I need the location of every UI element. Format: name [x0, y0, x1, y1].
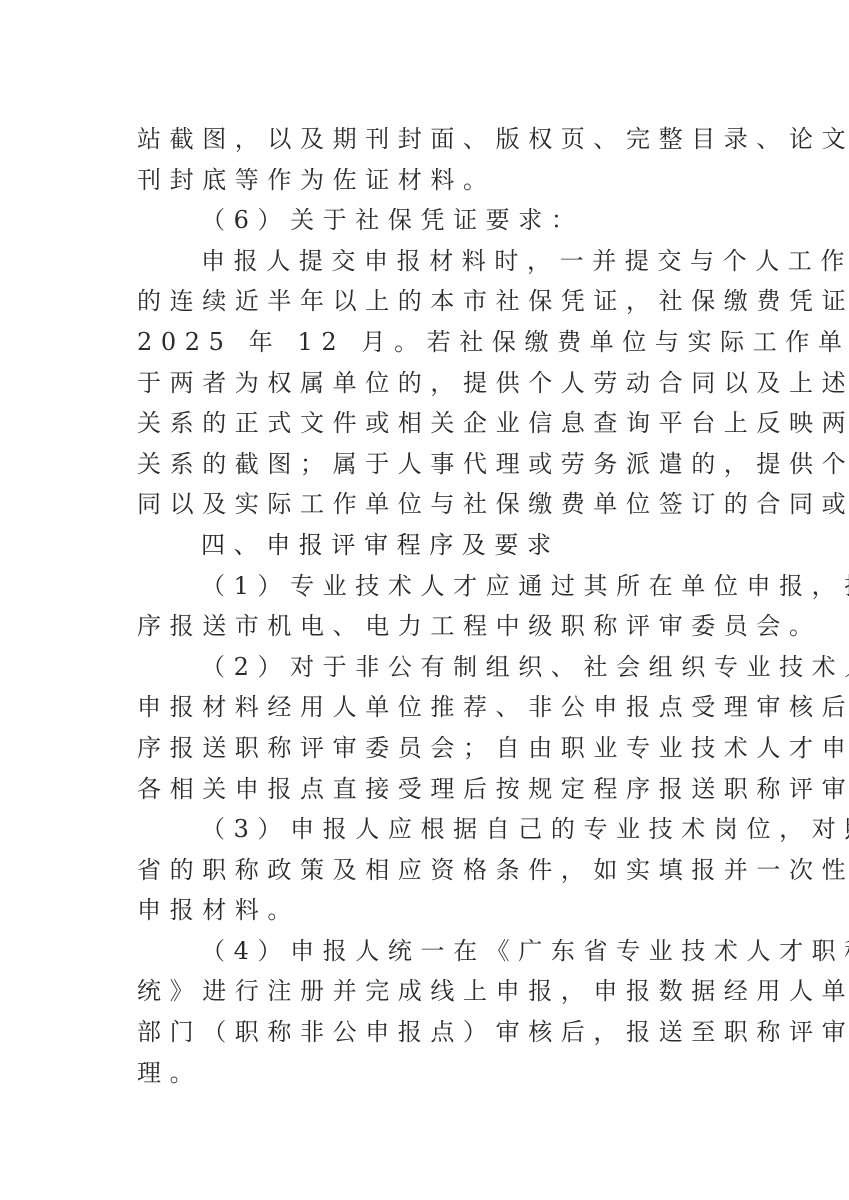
paragraph-line: 的连续近半年以上的本市社保凭证，社保缴费凭证时间截至 — [137, 281, 729, 322]
paragraph-line: 序报送市机电、电力工程中级职称评审委员会。 — [137, 606, 729, 647]
paragraph-line: （4）申报人统一在《广东省专业技术人才职称管理系 — [137, 931, 729, 972]
paragraph-line: 申报人提交申报材料时，一并提交与个人工作经历相同 — [137, 241, 729, 282]
paragraph-line: 统》进行注册并完成线上申报，申报数据经用人单位、主管 — [137, 971, 729, 1012]
paragraph-line: 关系的正式文件或相关企业信息查询平台上反映两者关联 — [137, 403, 729, 444]
paragraph-line: 理。 — [137, 1053, 729, 1094]
paragraph-line: 2025 年 12 月。若社保缴费单位与实际工作单位不一致，属 — [137, 322, 729, 363]
paragraph-line: （1）专业技术人才应通过其所在单位申报，按规定程 — [137, 566, 729, 607]
paragraph-line: 同以及实际工作单位与社保缴费单位签订的合同或协议。 — [137, 484, 729, 525]
document-body: 站截图，以及期刊封面、版权页、完整目录、论文正文和期 刊封底等作为佐证材料。 （… — [137, 119, 729, 1093]
paragraph-line: （3）申报人应根据自己的专业技术岗位，对照国家、 — [137, 809, 729, 850]
paragraph-line: 序报送职称评审委员会；自由职业专业技术人才申报材料由 — [137, 728, 729, 769]
paragraph-line: 各相关申报点直接受理后按规定程序报送职称评审委员会。 — [137, 769, 729, 810]
paragraph-line: 关系的截图；属于人事代理或劳务派遣的，提供个人劳动合 — [137, 444, 729, 485]
paragraph-line: 于两者为权属单位的，提供个人劳动合同以及上述单位两者 — [137, 363, 729, 404]
paragraph-line: 站截图，以及期刊封面、版权页、完整目录、论文正文和期 — [137, 119, 729, 160]
paragraph-line: 刊封底等作为佐证材料。 — [137, 160, 729, 201]
section-heading-review-procedure: 四、申报评审程序及要求 — [137, 525, 729, 566]
document-page: 站截图，以及期刊封面、版权页、完整目录、论文正文和期 刊封底等作为佐证材料。 （… — [0, 0, 849, 1200]
paragraph-line: 部门（职称非公申报点）审核后，报送至职称评审委员会受 — [137, 1012, 729, 1053]
paragraph-line: 申报材料。 — [137, 890, 729, 931]
subsection-title-social-security: （6）关于社保凭证要求： — [137, 200, 729, 241]
paragraph-line: （2）对于非公有制组织、社会组织专业技术人才，其 — [137, 647, 729, 688]
paragraph-line: 申报材料经用人单位推荐、非公申报点受理审核后按规定程 — [137, 687, 729, 728]
paragraph-line: 省的职称政策及相应资格条件，如实填报并一次性提交全部 — [137, 850, 729, 891]
